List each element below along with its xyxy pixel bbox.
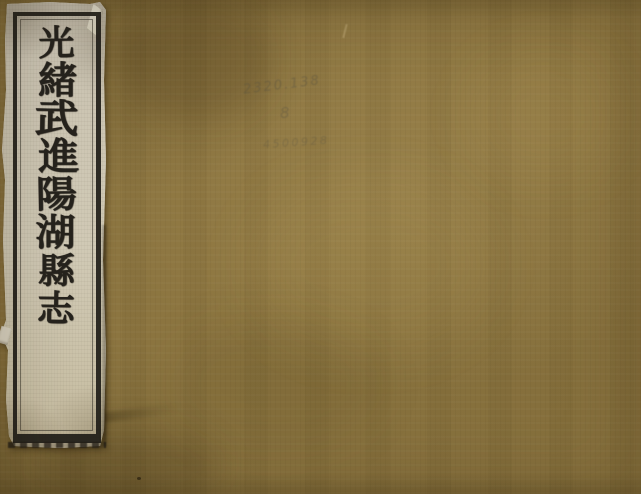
dirt-speck xyxy=(137,477,141,480)
title-char: 湖 xyxy=(35,215,75,253)
title-char: 進 xyxy=(38,139,79,177)
stain-blotch xyxy=(120,0,270,120)
pencil-call-number-line1: 2320.138 xyxy=(242,73,321,97)
ink-smudge-row xyxy=(8,442,106,448)
stain-blotch xyxy=(170,320,380,450)
pencil-call-number-line3: 4500928 xyxy=(263,134,330,152)
title-char: 武 xyxy=(34,101,78,140)
stain-blotch xyxy=(470,50,620,180)
title-frame: 光 緒 武 進 陽 湖 縣 志 xyxy=(13,12,101,443)
title-char: 志 xyxy=(37,291,76,330)
stain-blotch xyxy=(250,180,490,350)
title-char: 光 xyxy=(38,25,74,64)
title-vertical-text: 光 緒 武 進 陽 湖 縣 志 xyxy=(17,25,96,329)
scratch-mark xyxy=(342,24,347,38)
title-label: 光 緒 武 進 陽 湖 縣 志 xyxy=(0,0,110,450)
book-cover: 光 緒 武 進 陽 湖 縣 志 2320.138 8 4500928 xyxy=(0,0,641,494)
label-right-shadow xyxy=(101,225,106,446)
title-char: 緒 xyxy=(38,63,77,101)
pencil-call-number-line2: 8 xyxy=(279,104,290,123)
title-char: 陽 xyxy=(36,177,77,216)
title-char: 縣 xyxy=(38,253,74,291)
stain-streak xyxy=(100,403,181,423)
